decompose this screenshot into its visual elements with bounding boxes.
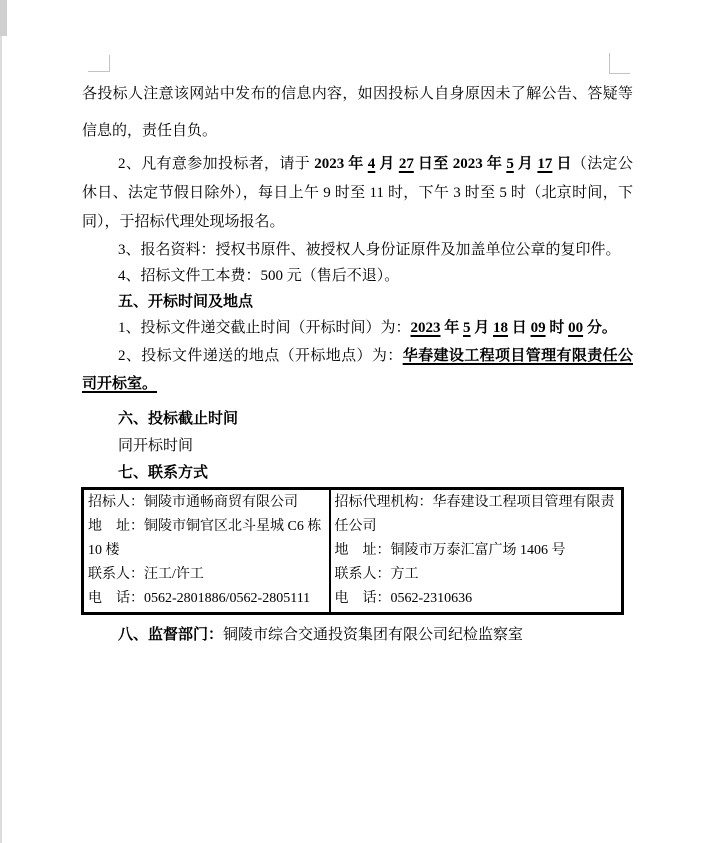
paragraph-fee: 4、招标文件工本费：500 元（售后不退）。 xyxy=(82,263,633,289)
agency-cell: 招标代理机构：华春建设工程项目管理有限责 任公司 地 址：铜陵市万泰汇富广场 1… xyxy=(330,489,623,614)
run-bold: 月 xyxy=(375,156,399,172)
heading-section-5-bid-opening: 五、开标时间及地点 xyxy=(82,289,633,315)
run-bold-underline: 17 xyxy=(537,156,552,172)
run-bold-underline: 5 xyxy=(463,320,471,336)
run-bold: 日 xyxy=(552,156,571,172)
contact-table-row: 招标人：铜陵市通畅商贸有限公司 地 址：铜陵市铜官区北斗星城 C6 栋 10 楼… xyxy=(83,489,623,614)
paragraph-supervision-department: 八、监督部门：铜陵市综合交通投资集团有限公司纪检监察室 xyxy=(82,622,633,648)
contact-table: 招标人：铜陵市通畅商贸有限公司 地 址：铜陵市铜官区北斗星城 C6 栋 10 楼… xyxy=(81,487,624,615)
run-bold-underline: 00 xyxy=(568,320,583,336)
run-bold: 2023 年 xyxy=(453,156,507,172)
agency-contact-person: 联系人：方工 xyxy=(335,563,618,587)
paragraph-submission-deadline: 1、投标文件递交截止时间（开标时间）为：2023 年 5 月 18 日 09 时… xyxy=(82,315,633,342)
run-bold: 2023 年 xyxy=(314,156,368,172)
document-page: 各投标人注意该网站中发布的信息内容，如因投标人自身原因未了解公告、答疑等信息的，… xyxy=(0,0,715,843)
paragraph-registration-period: 2、凡有意参加投标者，请于 2023 年 4 月 27 日至 2023 年 5 … xyxy=(82,150,633,237)
tenderer-cell: 招标人：铜陵市通畅商贸有限公司 地 址：铜陵市铜官区北斗星城 C6 栋 10 楼… xyxy=(83,489,330,614)
run-text: 2、投标文件递送的地点（开标地点）为： xyxy=(118,348,403,364)
run-text: 铜陵市综合交通投资集团有限公司纪检监察室 xyxy=(223,627,523,643)
agency-phone: 电 话：0562-2310636 xyxy=(335,587,618,611)
tenderer-address-line1: 地 址：铜陵市铜官区北斗星城 C6 栋 xyxy=(88,515,325,539)
run-bold: 八、监督部门： xyxy=(118,627,223,643)
run-bold-underline: 2023 xyxy=(411,320,441,336)
crop-mark-top-right xyxy=(609,53,630,74)
run-bold-underline: 09 xyxy=(531,320,546,336)
crop-mark-top-left xyxy=(88,55,110,72)
agency-address: 地 址：铜陵市万泰汇富广场 1406 号 xyxy=(335,539,618,563)
viewer-corner-block xyxy=(0,0,7,36)
run-bold-underline: 27 xyxy=(399,156,414,172)
paragraph-materials: 3、报名资料：授权书原件、被授权人身份证原件及加盖单位公章的复印件。 xyxy=(82,237,633,263)
heading-section-6-bid-deadline: 六、投标截止时间 xyxy=(82,406,633,433)
agency-name-line2: 任公司 xyxy=(335,515,618,539)
viewer-left-edge xyxy=(0,0,2,843)
agency-name-line1: 招标代理机构：华春建设工程项目管理有限责 xyxy=(335,491,618,515)
document-body: 各投标人注意该网站中发布的信息内容，如因投标人自身原因未了解公告、答疑等信息的，… xyxy=(82,76,633,648)
run-bold-underline: 18 xyxy=(493,320,508,336)
run-bold: 日至 xyxy=(414,156,453,172)
paragraph-intro: 各投标人注意该网站中发布的信息内容，如因投标人自身原因未了解公告、答疑等信息的，… xyxy=(82,76,633,150)
run-text: 1、投标文件递交截止时间（开标时间）为： xyxy=(118,320,411,336)
run-bold: 分。 xyxy=(583,320,617,336)
run-bold-underline: 5 xyxy=(506,156,514,172)
paragraph-same-as-opening-time: 同开标时间 xyxy=(82,433,633,460)
paragraph-opening-venue: 2、投标文件递送的地点（开标地点）为：华春建设工程项目管理有限责任公司开标室。 xyxy=(82,342,633,398)
heading-section-7-contact-info: 七、联系方式 xyxy=(82,460,633,486)
run-bold: 年 xyxy=(441,320,464,336)
run-bold: 时 xyxy=(546,320,569,336)
run-bold: 月 xyxy=(471,320,494,336)
run-bold: 日 xyxy=(508,320,531,336)
run-bold: 月 xyxy=(514,156,538,172)
tenderer-name: 招标人：铜陵市通畅商贸有限公司 xyxy=(88,491,325,515)
tenderer-address-line2: 10 楼 xyxy=(88,539,325,563)
tenderer-contact-person: 联系人：汪工/许工 xyxy=(88,563,325,587)
run-text: 2、凡有意参加投标者，请于 xyxy=(118,156,314,172)
tenderer-phone: 电 话：0562-2801886/0562-2805111 xyxy=(88,587,325,611)
